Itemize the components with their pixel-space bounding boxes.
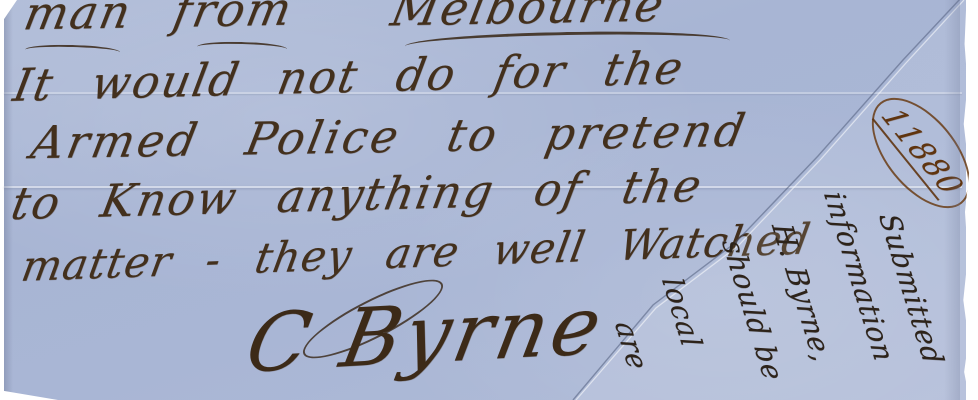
letter-line-1-left: man from xyxy=(20,0,298,40)
letter-scan: man from Melbourne It would not do for t… xyxy=(0,0,978,400)
right-edge-shadow xyxy=(944,0,960,400)
signature: C Byrne xyxy=(239,278,613,391)
left-edge-shadow xyxy=(4,0,13,400)
